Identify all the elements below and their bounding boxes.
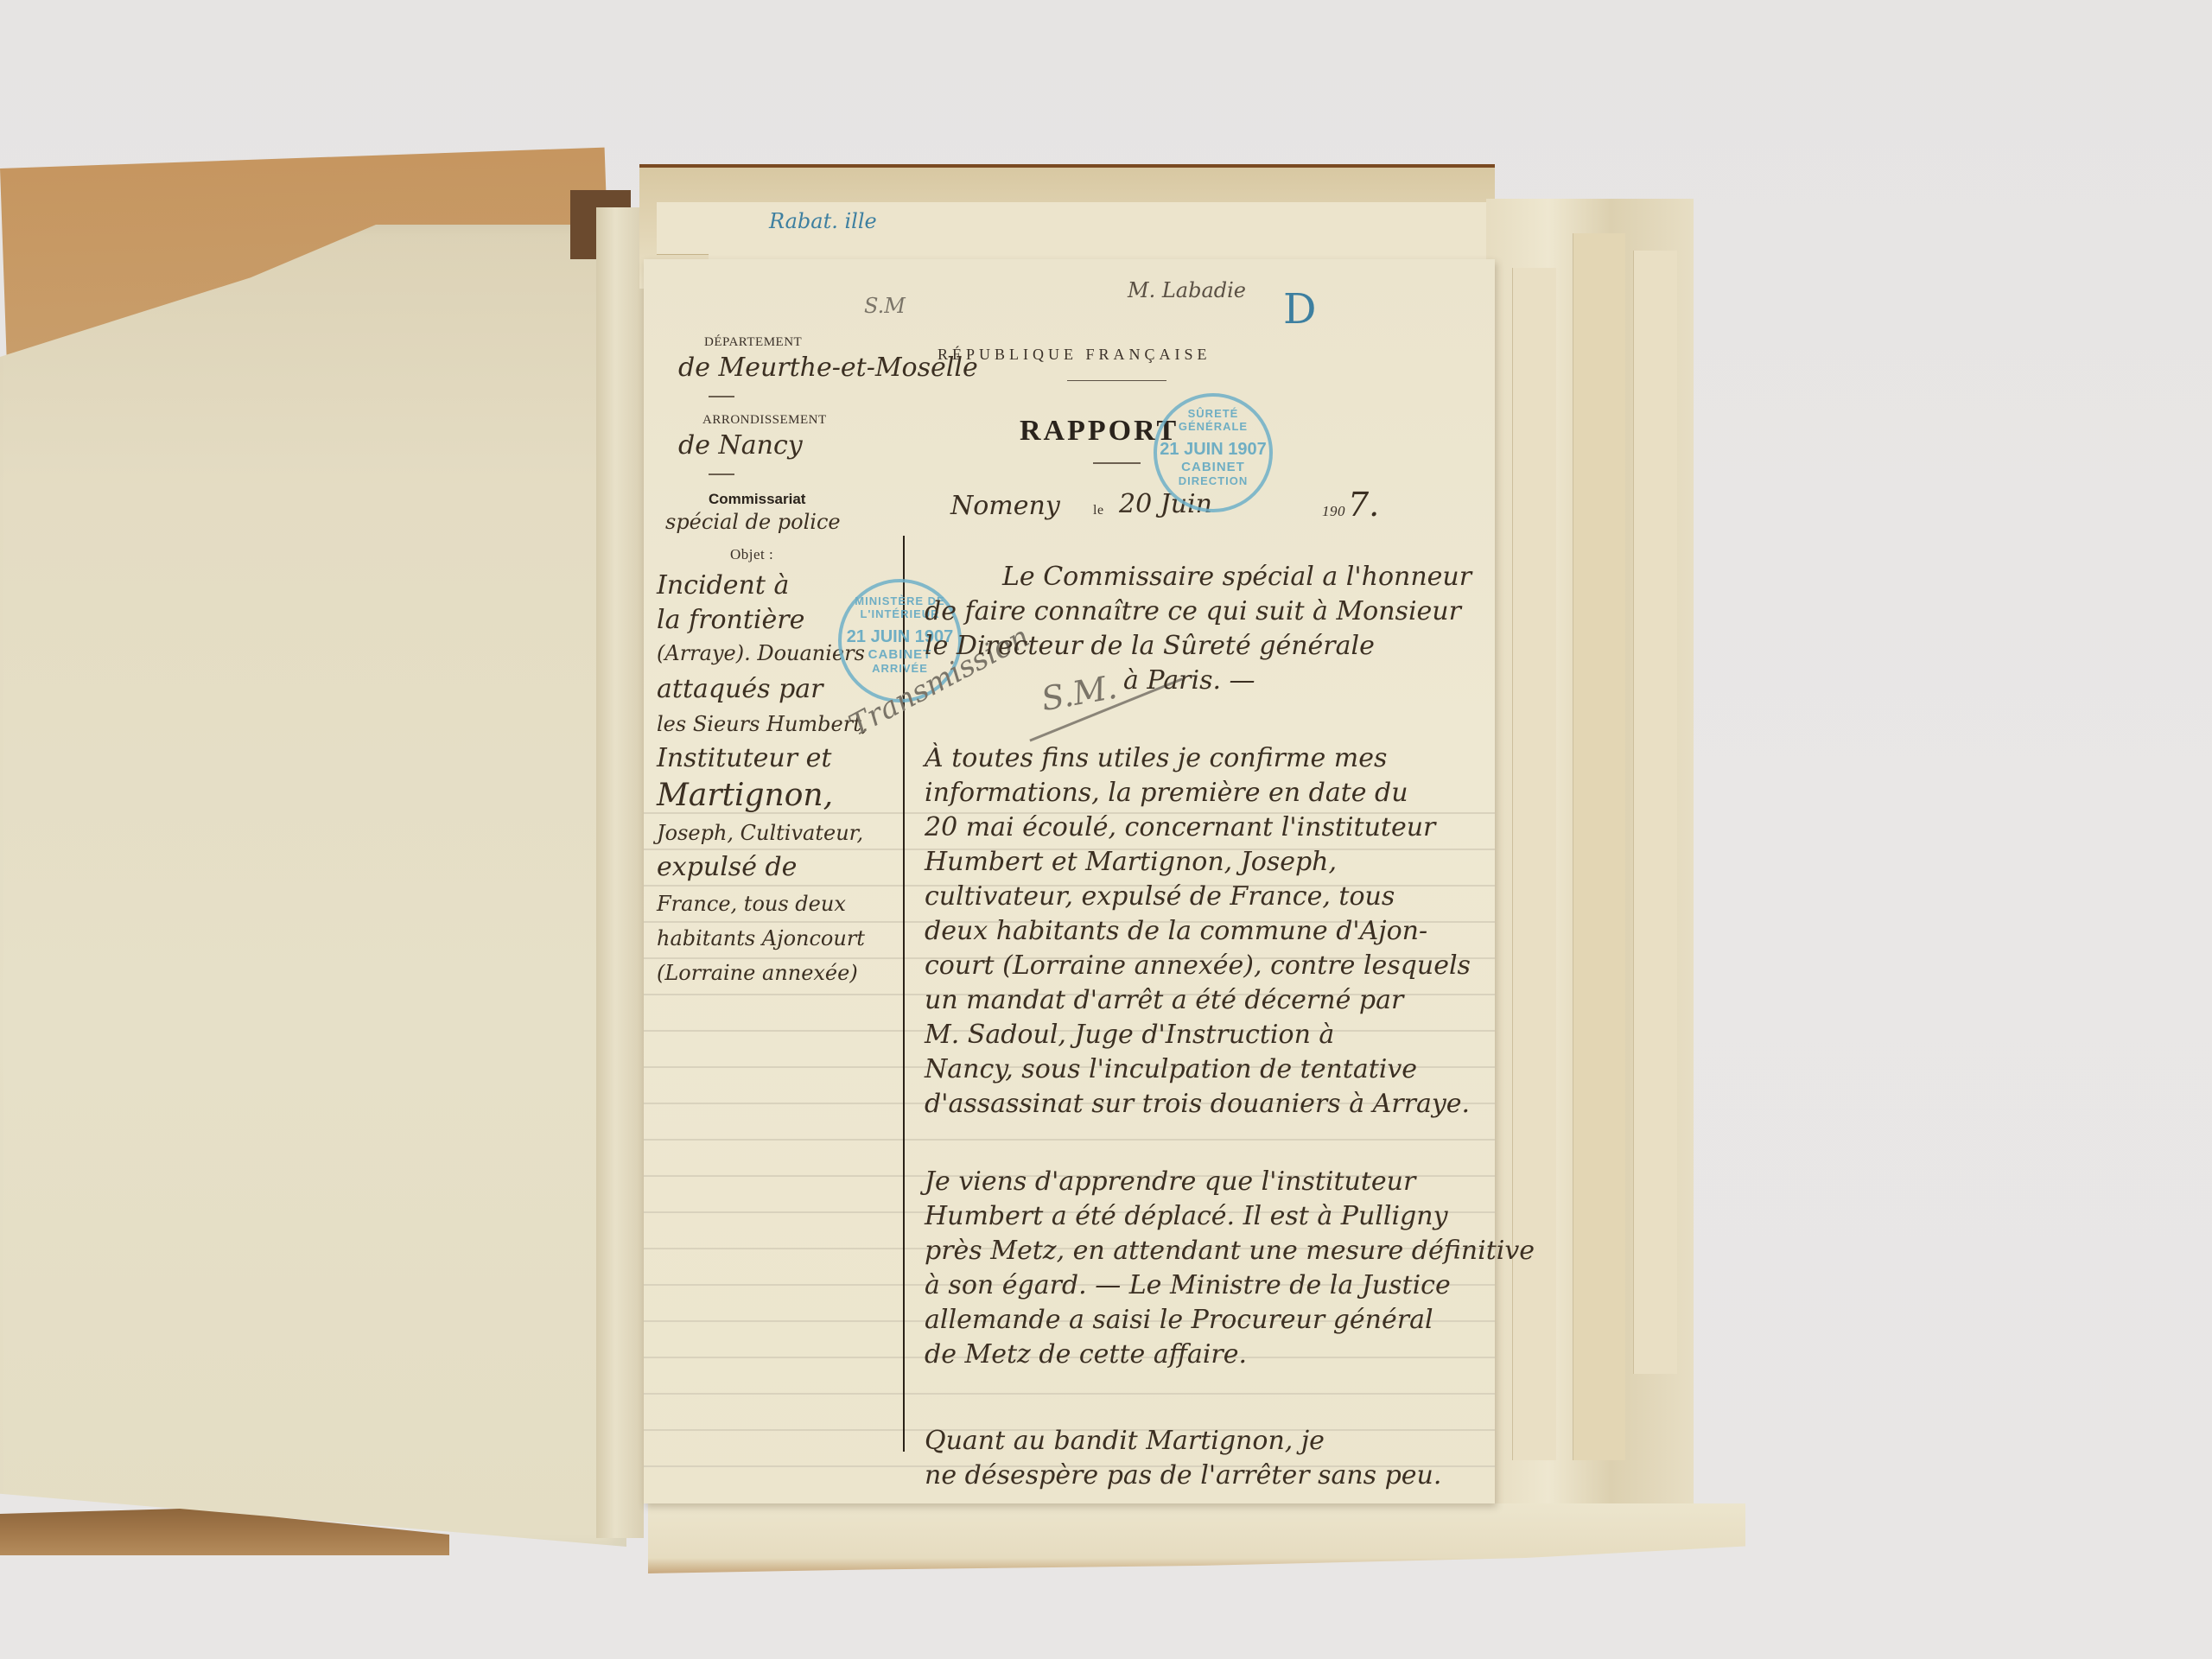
objet-line: expulsé de [657, 852, 797, 882]
body-line: M. Sadoul, Juge d'Instruction à [925, 1020, 1334, 1050]
received-stamp-header: SÛRETÉ GÉNÉRALE 21 JUIN 1907 CABINET DIR… [1154, 393, 1273, 512]
objet-label: Objet : [730, 546, 773, 563]
stamp-date: 21 JUIN 1907 [1157, 440, 1269, 460]
objet-line: Joseph, Cultivateur, [657, 821, 863, 845]
report-place: Nomeny [950, 491, 1060, 521]
body-line: de Metz de cette affaire. [925, 1339, 1247, 1370]
date-prefix: le [1093, 503, 1104, 518]
objet-line: France, tous deux [657, 892, 846, 916]
commissariat-value: spécial de police [665, 510, 841, 534]
body-line: cultivateur, expulsé de France, tous [925, 881, 1395, 912]
report-sheet: S.M M. Labadie D DÉPARTEMENT de Meurthe-… [644, 259, 1495, 1503]
body-line: à son égard. — Le Ministre de la Justice [925, 1270, 1451, 1300]
address-line: le Directeur de la Sûreté générale [925, 631, 1375, 661]
objet-line: habitants Ajoncourt [657, 926, 865, 950]
folder-left-page [0, 225, 626, 1547]
body-line: allemande a saisi le Procureur général [925, 1305, 1433, 1335]
report-body: Le Commissaire spécial a l'honneur de fa… [925, 562, 1486, 1512]
body-line: ne désespère pas de l'arrêter sans peu. [925, 1460, 1441, 1491]
address-line: Le Commissaire spécial a l'honneur [1002, 562, 1471, 592]
body-line: deux habitants de la commune d'Ajon- [925, 916, 1427, 946]
binding-spine [596, 207, 644, 1538]
body-line: Nancy, sous l'inculpation de tentative [925, 1054, 1417, 1084]
objet-line: la frontière [657, 605, 804, 635]
divider [1093, 462, 1141, 464]
arrondissement-value: de Nancy [678, 430, 803, 461]
stamp-bottom: DIRECTION [1157, 474, 1269, 487]
address-line: de faire connaître ce qui suit à Monsieu… [925, 596, 1461, 626]
body-line: un mandat d'arrêt a été décerné par [925, 985, 1403, 1015]
objet-line: (Lorraine annexée) [657, 961, 858, 985]
annotation-blue-letter: D [1283, 285, 1316, 334]
annotation-name: M. Labadie [1128, 278, 1246, 302]
body-line: À toutes fins utiles je confirme mes [925, 743, 1387, 773]
body-line: court (Lorraine annexée), contre lesquel… [925, 950, 1471, 981]
objet-line: Martignon, [657, 778, 833, 813]
body-line: Humbert et Martignon, Joseph, [925, 847, 1337, 877]
body-line: Quant au bandit Martignon, je [925, 1426, 1325, 1456]
paper-stack-right [1486, 199, 1694, 1512]
divider [709, 474, 734, 475]
top-sheet-annotation: Rabat. ille [769, 209, 877, 233]
stamp-sub: CABINET [1157, 460, 1269, 474]
stamp-ring-text: SÛRETÉ GÉNÉRALE [1157, 407, 1269, 433]
departement-label: DÉPARTEMENT [704, 335, 802, 350]
ornament-rule [1067, 380, 1166, 381]
stacked-sheet-edge [1633, 251, 1677, 1374]
body-line: Je viens d'apprendre que l'instituteur [925, 1166, 1415, 1197]
objet-line: attaqués par [657, 674, 823, 704]
objet-line: Incident à [657, 570, 789, 601]
arrondissement-label: ARRONDISSEMENT [702, 413, 827, 428]
departement-value: de Meurthe-et-Moselle [678, 353, 978, 383]
paper-stack-bottom [648, 1503, 1745, 1581]
body-line: 20 mai écoulé, concernant l'instituteur [925, 812, 1435, 842]
objet-line: les Sieurs Humbert, [657, 712, 868, 736]
body-line: d'assassinat sur trois douaniers à Array… [925, 1089, 1470, 1119]
republique-heading: RÉPUBLIQUE FRANÇAISE [938, 346, 1211, 364]
address-line: à Paris. — [1123, 665, 1255, 696]
year-hand: 7. [1348, 486, 1379, 524]
year-printed: 190 [1322, 503, 1345, 520]
body-line: Humbert a été déplacé. Il est à Pulligny [925, 1201, 1448, 1231]
commissariat-label: Commissariat [709, 491, 805, 508]
body-line: informations, la première en date du [925, 778, 1408, 808]
objet-line: (Arraye). Douaniers [657, 641, 865, 665]
divider [709, 396, 734, 397]
stacked-sheet-edge [1512, 268, 1556, 1460]
annotation-sm-top: S.M [864, 294, 906, 318]
objet-line: Instituteur et [657, 743, 831, 773]
stacked-sheet-edge [1573, 233, 1625, 1460]
body-line: près Metz, en attendant une mesure défin… [925, 1236, 1535, 1266]
